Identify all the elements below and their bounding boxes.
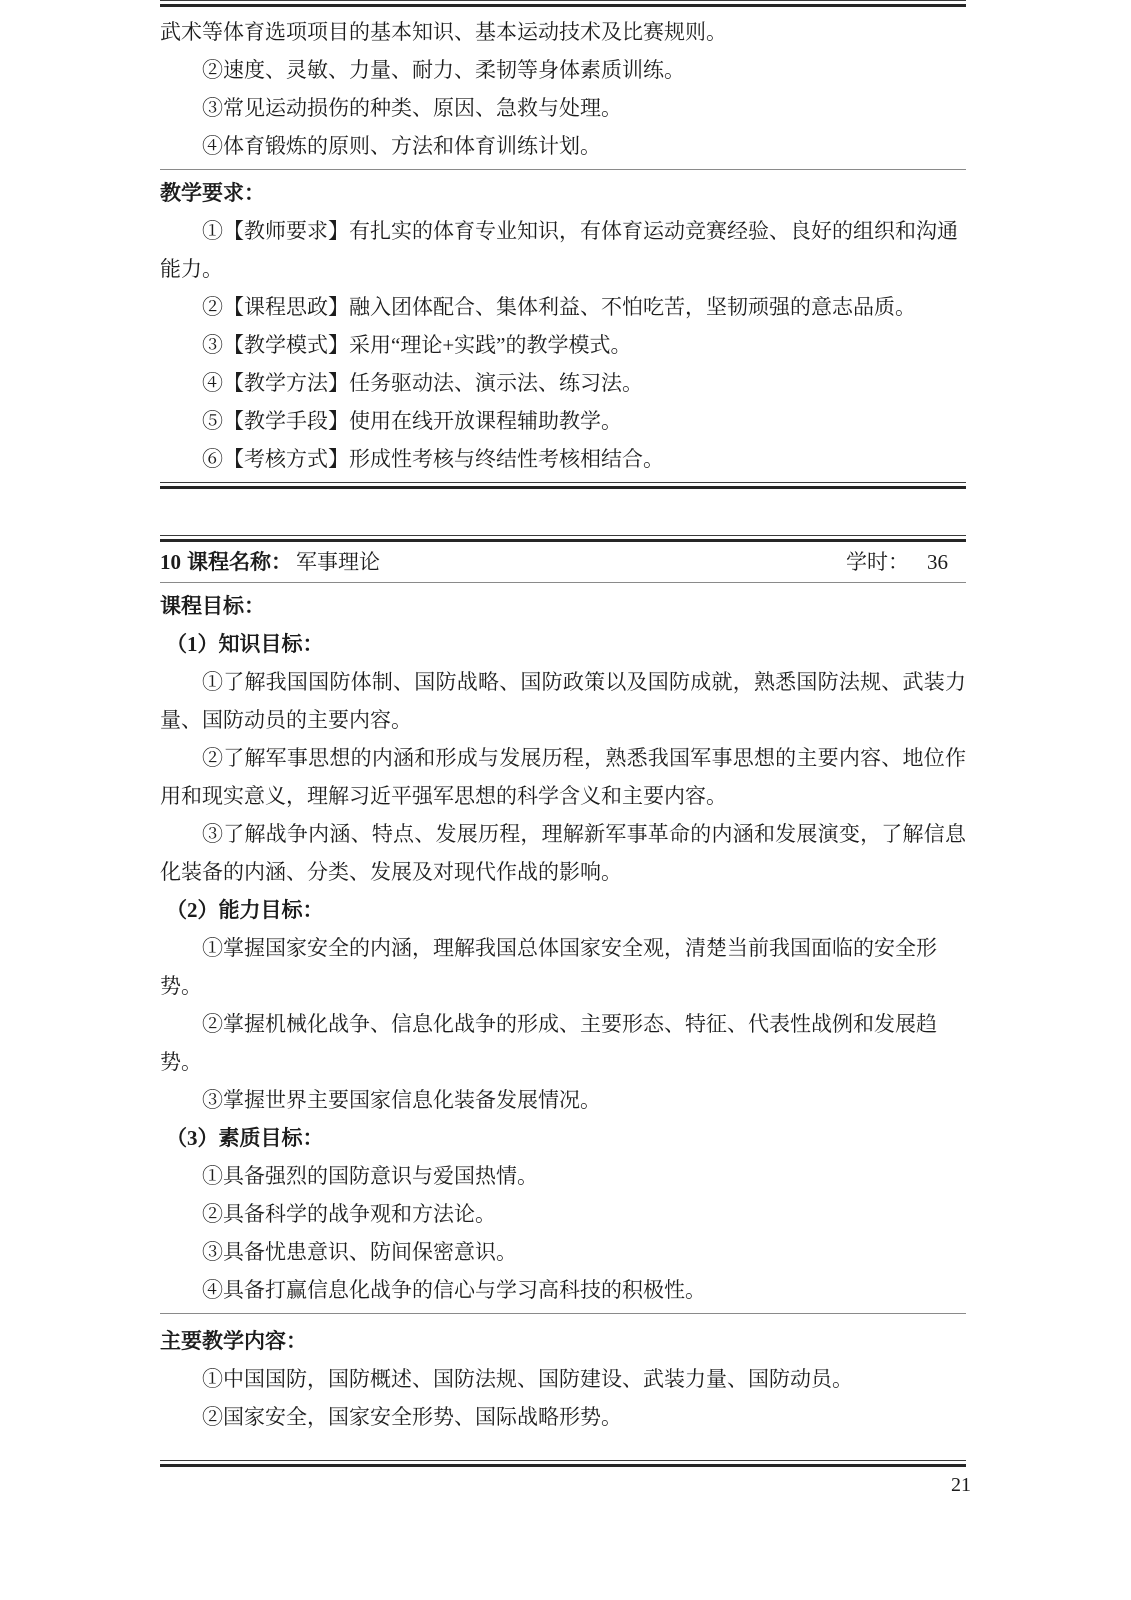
- table1-requirements-row: 教学要求： ①【教师要求】有扎实的体育专业知识，有体育运动竞赛经验、良好的组织和…: [160, 170, 966, 482]
- knowledge-goal-item: ①了解我国国防体制、国防战略、国防政策以及国防成就，熟悉国防法规、武装力量、国防…: [160, 663, 966, 739]
- course-goals-row: 课程目标： （1）知识目标： ①了解我国国防体制、国防战略、国防政策以及国防成就…: [160, 583, 966, 1313]
- course-table-pe: 武术等体育选项项目的基本知识、基本运动技术及比赛规则。 ②速度、灵敏、力量、耐力…: [160, 0, 966, 489]
- content-item: ④体育锻炼的原则、方法和体育训练计划。: [160, 127, 966, 165]
- table1-top-border: [160, 0, 966, 7]
- quality-goals-title: （3）素质目标：: [160, 1119, 966, 1157]
- teaching-content-item: ②国家安全，国家安全形势、国际战略形势。: [160, 1398, 966, 1436]
- course-hours: 学时：36: [846, 542, 966, 582]
- course-content-row: 主要教学内容： ①中国国防，国防概述、国防法规、国防建设、武装力量、国防动员。 …: [160, 1314, 966, 1460]
- course-name-label: 课程名称：: [187, 550, 292, 574]
- quality-goal-item: ③具备忧患意识、防间保密意识。: [160, 1233, 966, 1271]
- requirement-item: ①【教师要求】有扎实的体育专业知识，有体育运动竞赛经验、良好的组织和沟通能力。: [160, 212, 966, 288]
- requirement-item: ②【课程思政】融入团体配合、集体利益、不怕吃苦，坚韧顽强的意志品质。: [160, 288, 966, 326]
- ability-goals-title: （2）能力目标：: [160, 891, 966, 929]
- knowledge-goals-title: （1）知识目标：: [160, 625, 966, 663]
- table1-content-row: 武术等体育选项项目的基本知识、基本运动技术及比赛规则。 ②速度、灵敏、力量、耐力…: [160, 7, 966, 169]
- ability-goal-item: ①掌握国家安全的内涵，理解我国总体国家安全观，清楚当前我国面临的安全形势。: [160, 929, 966, 1005]
- table2-bottom-border: [160, 1460, 966, 1467]
- course-name-value: 军事理论: [296, 550, 380, 574]
- teaching-content-title: 主要教学内容：: [160, 1322, 966, 1360]
- content-overflow-line: 武术等体育选项项目的基本知识、基本运动技术及比赛规则。: [160, 13, 966, 51]
- knowledge-goal-item: ②了解军事思想的内涵和形成与发展历程，熟悉我国军事思想的主要内容、地位作用和现实…: [160, 739, 966, 815]
- teaching-content-item: ①中国国防，国防概述、国防法规、国防建设、武装力量、国防动员。: [160, 1360, 966, 1398]
- document-page: 武术等体育选项项目的基本知识、基本运动技术及比赛规则。 ②速度、灵敏、力量、耐力…: [0, 0, 1131, 1600]
- requirement-item: ⑤【教学手段】使用在线开放课程辅助教学。: [160, 402, 966, 440]
- requirement-item: ③【教学模式】采用“理论+实践”的教学模式。: [160, 326, 966, 364]
- goals-title: 课程目标：: [160, 587, 966, 625]
- quality-goal-item: ②具备科学的战争观和方法论。: [160, 1195, 966, 1233]
- quality-goal-item: ④具备打赢信息化战争的信心与学习高科技的积极性。: [160, 1271, 966, 1309]
- course-table-military-theory: 10课程名称：军事理论 学时：36 课程目标： （1）知识目标： ①了解我国国防…: [160, 535, 966, 1467]
- course-header-row: 10课程名称：军事理论 学时：36: [160, 542, 966, 582]
- course-number: 10: [160, 550, 181, 574]
- content-item: ③常见运动损伤的种类、原因、急救与处理。: [160, 89, 966, 127]
- document-content: 武术等体育选项项目的基本知识、基本运动技术及比赛规则。 ②速度、灵敏、力量、耐力…: [160, 0, 966, 1467]
- ability-goal-item: ②掌握机械化战争、信息化战争的形成、主要形态、特征、代表性战例和发展趋势。: [160, 1005, 966, 1081]
- table2-top-border: [160, 535, 966, 542]
- requirements-title: 教学要求：: [160, 174, 966, 212]
- content-item: ②速度、灵敏、力量、耐力、柔韧等身体素质训练。: [160, 51, 966, 89]
- hours-value: 36: [927, 550, 948, 574]
- table1-bottom-border: [160, 482, 966, 489]
- page-number: 21: [951, 1474, 971, 1497]
- quality-goal-item: ①具备强烈的国防意识与爱国热情。: [160, 1157, 966, 1195]
- hours-label: 学时：: [846, 550, 909, 574]
- ability-goal-item: ③掌握世界主要国家信息化装备发展情况。: [160, 1081, 966, 1119]
- requirement-item: ⑥【考核方式】形成性考核与终结性考核相结合。: [160, 440, 966, 478]
- knowledge-goal-item: ③了解战争内涵、特点、发展历程，理解新军事革命的内涵和发展演变，了解信息化装备的…: [160, 815, 966, 891]
- requirement-item: ④【教学方法】任务驱动法、演示法、练习法。: [160, 364, 966, 402]
- course-title: 10课程名称：军事理论: [160, 542, 380, 582]
